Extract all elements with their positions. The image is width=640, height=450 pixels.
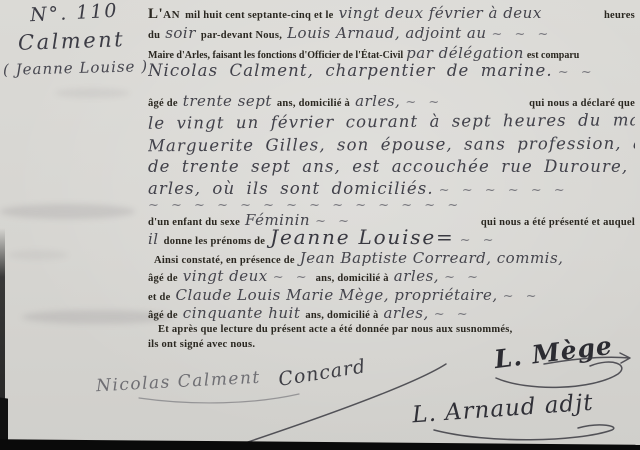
act-line-witness2: et de Claude Louis Marie Mège, propriéta… [148,286,635,304]
printed-text: ans, domicilié à [316,273,389,284]
act-line-mother: Marguerite Gilles, son épouse, sans prof… [148,134,635,156]
handwritten-text: le vingt un février courant à sept heure… [148,110,635,132]
margin-given-names: ( Jeanne Louise ) [3,57,148,79]
act-line-declarant: Nicolas Calment, charpentier de marine. … [148,61,635,80]
handwritten-text: cinquante huit [183,304,301,322]
act-line-witness1: Ainsi constaté, en présence de Jean Bapt… [148,249,635,267]
filler-squiggle: ~ ~ ~ [492,27,636,42]
filler-squiggle: ~ ~ [460,233,635,248]
act-line-declarant-age: âgé de trente sept ans, domicilié à arle… [148,92,635,110]
act-line-witness2-age: âgé de cinquante huit ans, domicilié à a… [148,304,635,322]
margin-surname: Calment [18,27,126,55]
printed-text: âgé de [148,98,178,109]
printed-text: par-devant Nous, [201,30,282,41]
printed-text: qui nous a déclaré que [529,98,635,109]
handwritten-text: Marguerite Gilles, son épouse, sans prof… [148,134,635,156]
printed-text: L'an [148,6,180,23]
handwritten-text: vingt deux février à deux [339,4,542,22]
printed-text: est comparu [527,50,580,61]
bleed-through-smudge [8,250,68,260]
act-line-domicile: arles, où ils sont domiciliés. ~ ~ ~ ~ ~… [148,179,635,198]
printed-text: ils ont signé avec nous. [148,339,255,350]
handwritten-text: soir [165,24,196,42]
handwritten-text: arles, [355,92,400,110]
handwritten-text: par délégation [406,44,524,62]
handwritten-text: Jean Baptiste Correard, commis, [300,249,564,267]
printed-text: ans, domicilié à [305,310,378,321]
bleed-through-smudge [55,88,130,98]
filler-squiggle: ~ ~ [405,95,524,110]
act-line-witness1-age: âgé de vingt deux ~ ~ ans, domicilié à a… [148,267,635,285]
bleed-through-smudge [0,204,135,219]
printed-text: mil huit cent septante-cinq et le [185,10,334,21]
act-line-function: Maire d'Arles, faisant les fonctions d'O… [148,44,635,62]
act-line-mother-age-street: de trente sept ans, est accouchée rue Du… [148,157,635,176]
handwritten-text: de trente sept ans, est accouchée rue Du… [148,157,635,176]
printed-text: donne les prénoms de [164,236,266,247]
handwritten-text: vingt deux [183,267,268,285]
handwritten-text: trente sept [183,92,272,110]
filler-squiggle: ~ ~ [434,307,635,322]
printed-text: Maire d'Arles, faisant les fonctions d'O… [148,50,403,61]
signature-flourish [428,420,623,446]
record-number: N°. 110 [29,0,119,26]
page-binding-shadow [0,228,5,424]
act-line-birth-time: le vingt un février courant à sept heure… [148,110,635,132]
act-line-officer: du soir par-devant Nous, Louis Arnaud, a… [148,24,635,42]
printed-text: du [148,30,160,41]
handwritten-text: il [148,230,159,248]
printed-text: ans, domicilié à [277,98,350,109]
handwritten-child-name: Jeanne Louise= [270,225,454,249]
handwritten-text: Louis Arnaud, adjoint au [287,24,486,42]
printed-text: heures [604,10,635,21]
handwritten-text: Nicolas Calment, charpentier de marine. [148,61,553,80]
handwritten-text: arles, [383,304,428,322]
act-line-child-names: il donne les prénoms de Jeanne Louise= ~… [148,225,635,249]
handwritten-text: arles, [394,267,439,285]
filler-squiggle: ~ ~ [273,270,311,285]
filler-squiggle: ~ ~ [503,289,635,304]
printed-text: et de [148,292,171,303]
act-line-date: L'an mil huit cent septante-cinq et le v… [148,4,635,23]
signature-flourish [488,352,638,394]
printed-text: âgé de [148,310,178,321]
printed-text: âgé de [148,273,178,284]
printed-text: Et après que lecture du présent acte a é… [158,324,512,335]
act-line-closing1: Et après que lecture du présent acte a é… [148,324,635,335]
handwritten-text: arles, où ils sont domiciliés. [148,179,434,198]
filler-squiggle: ~ ~ ~ ~ ~ ~ [439,183,635,198]
handwritten-text: Claude Louis Marie Mège, propriétaire, [176,286,498,304]
filler-squiggle: ~ ~ [444,270,635,285]
printed-text: Ainsi constaté, en présence de [154,255,295,266]
birth-record-scan: N°. 110 Calment ( Jeanne Louise ) L'an m… [0,0,640,450]
filler-squiggle: ~ ~ [558,65,635,80]
